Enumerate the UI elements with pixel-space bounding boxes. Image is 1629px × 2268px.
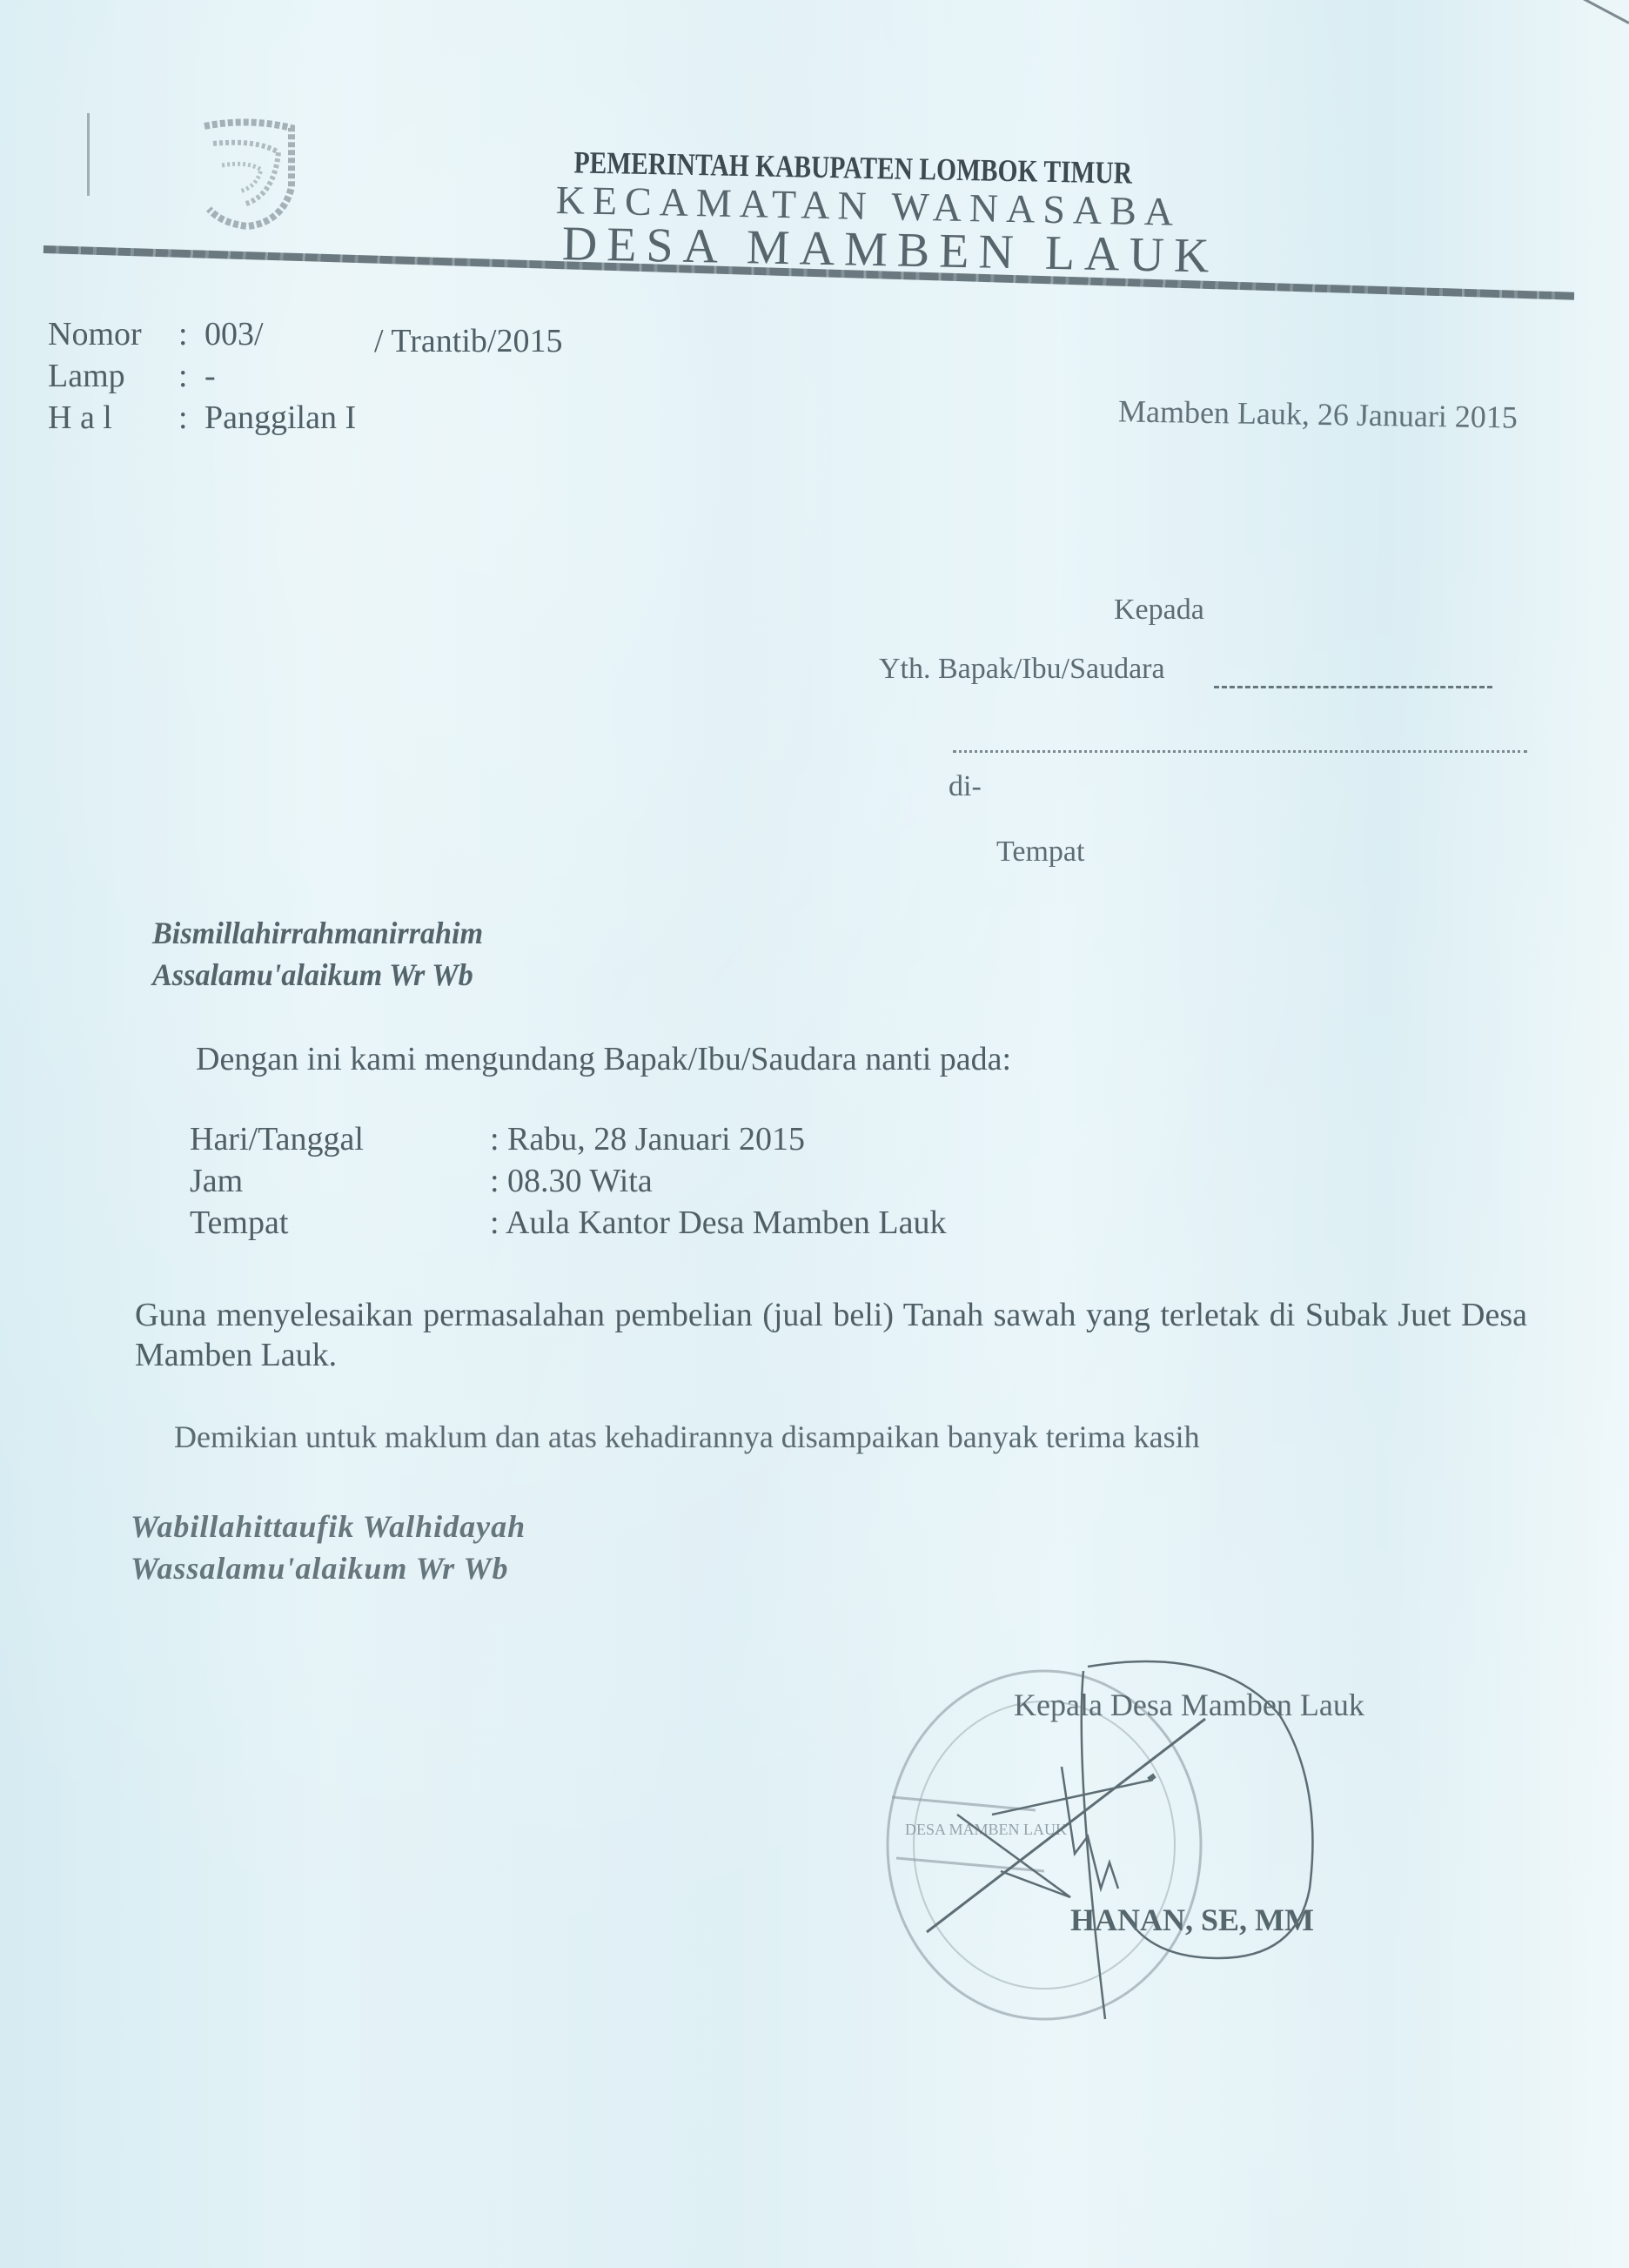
- meta-lamp-value: -: [204, 355, 216, 397]
- detail-label: Tempat: [190, 1202, 288, 1244]
- meta-separator: :: [178, 397, 188, 439]
- purpose-paragraph: Guna menyelesaikan permasalahan pembelia…: [135, 1295, 1527, 1375]
- detail-value: : Rabu, 28 Januari 2015: [490, 1118, 805, 1160]
- wassalamualaikum-text: Wassalamu'alaikum Wr Wb: [131, 1547, 526, 1589]
- meta-nomor-value: 003/: [204, 313, 264, 355]
- meta-hal-value: Panggilan I: [204, 397, 356, 439]
- letter-date: Mamben Lauk, 26 Januari 2015: [1118, 393, 1518, 435]
- meta-hal-label: H a l: [48, 397, 112, 439]
- margin-mark: [87, 113, 90, 196]
- pen-mark: [1536, 0, 1629, 24]
- meta-separator: :: [178, 355, 188, 397]
- addressee-kepada: Kepada: [1114, 594, 1204, 627]
- addressee-tempat: Tempat: [996, 835, 1084, 869]
- event-details: Hari/Tanggal : Rabu, 28 Januari 2015 Jam…: [190, 1118, 1060, 1244]
- addressee-yth: Yth. Bapak/Ibu/Saudara: [879, 653, 1165, 686]
- detail-value: : Aula Kantor Desa Mamben Lauk: [490, 1202, 946, 1244]
- detail-label: Jam: [190, 1160, 243, 1202]
- meta-nomor-label: Nomor: [48, 313, 142, 355]
- detail-time: Jam : 08.30 Wita: [190, 1160, 1060, 1202]
- addressee-name-blank: [1214, 686, 1492, 688]
- closing-paragraph: Demikian untuk maklum dan atas kehadiran…: [174, 1419, 1200, 1455]
- meta-separator: :: [178, 313, 188, 355]
- addressee-di: di-: [949, 770, 982, 803]
- intro-paragraph: Dengan ini kami mengundang Bapak/Ibu/Sau…: [196, 1040, 1011, 1078]
- wabillahi-text: Wabillahittaufik Walhidayah: [131, 1506, 526, 1547]
- bismillah-text: Bismillahirrahmanirrahim: [152, 912, 483, 954]
- detail-value: : 08.30 Wita: [490, 1160, 653, 1202]
- detail-place: Tempat : Aula Kantor Desa Mamben Lauk: [190, 1202, 1060, 1244]
- meta-lamp-label: Lamp: [48, 355, 125, 397]
- opening-greeting: Bismillahirrahmanirrahim Assalamu'alaiku…: [152, 912, 483, 996]
- closing-greeting: Wabillahittaufik Walhidayah Wassalamu'al…: [131, 1506, 526, 1589]
- meta-nomor-suffix: / Trantib/2015: [374, 320, 562, 362]
- regency-emblem-icon: [196, 117, 300, 231]
- handwritten-signature-icon: [870, 1636, 1549, 2054]
- addressee-name-blank-2: [953, 750, 1527, 753]
- assalamualaikum-text: Assalamu'alaikum Wr Wb: [152, 954, 483, 996]
- detail-label: Hari/Tanggal: [190, 1118, 364, 1160]
- signature-block: DESA MAMBEN LAUK Kepala Desa Mamben Lauk…: [870, 1636, 1549, 2054]
- detail-date: Hari/Tanggal : Rabu, 28 Januari 2015: [190, 1118, 1060, 1160]
